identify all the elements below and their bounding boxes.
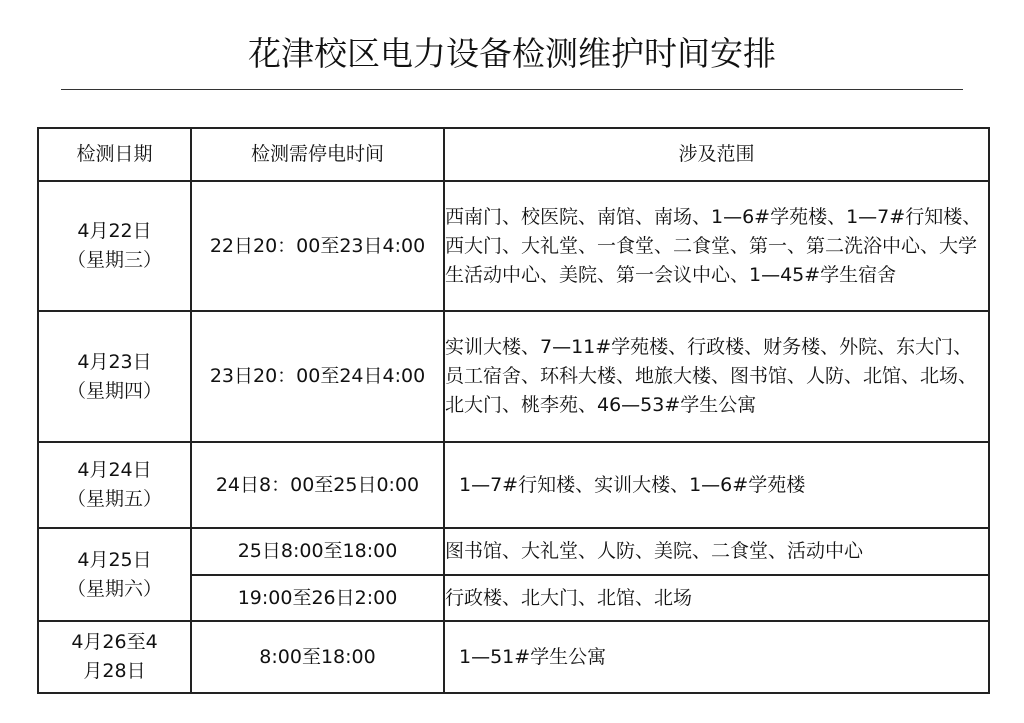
date-text: 4月24日 xyxy=(39,456,190,485)
outage-time-cell: 24日8：00至25日0:00 xyxy=(191,442,444,528)
scope-cell: 行政楼、北大门、北馆、北场 xyxy=(444,575,989,621)
table-header-row: 检测日期 检测需停电时间 涉及范围 xyxy=(38,128,989,181)
date-cell: 4月22日 （星期三） xyxy=(38,181,191,311)
date-text: 4月23日 xyxy=(39,348,190,377)
table-row: 4月22日 （星期三） 22日20：00至23日4:00 西南门、校医院、南馆、… xyxy=(38,181,989,311)
scope-cell: 西南门、校医院、南馆、南场、1—6#学苑楼、1—7#行知楼、西大门、大礼堂、一食… xyxy=(444,181,989,311)
weekday-text: （星期三） xyxy=(39,246,190,275)
scope-cell: 1—7#行知楼、实训大楼、1—6#学苑楼 xyxy=(444,442,989,528)
page-title: 花津校区电力设备检测维护时间安排 xyxy=(0,30,1024,78)
weekday-text: （星期四） xyxy=(39,377,190,406)
scope-cell: 1—51#学生公寓 xyxy=(444,621,989,693)
table-row: 4月23日 （星期四） 23日20：00至24日4:00 实训大楼、7—11#学… xyxy=(38,311,989,442)
date-text: 4月25日 xyxy=(39,546,190,575)
date-cell: 4月24日 （星期五） xyxy=(38,442,191,528)
date-text-continued: 月28日 xyxy=(39,657,190,686)
date-cell: 4月26至4 月28日 xyxy=(38,621,191,693)
table-row: 4月26至4 月28日 8:00至18:00 1—51#学生公寓 xyxy=(38,621,989,693)
table-row: 4月25日 （星期六） 25日8:00至18:00 图书馆、大礼堂、人防、美院、… xyxy=(38,528,989,575)
outage-time-cell: 22日20：00至23日4:00 xyxy=(191,181,444,311)
date-cell: 4月25日 （星期六） xyxy=(38,528,191,621)
scope-cell: 图书馆、大礼堂、人防、美院、二食堂、活动中心 xyxy=(444,528,989,575)
outage-time-cell: 25日8:00至18:00 xyxy=(191,528,444,575)
weekday-text: （星期五） xyxy=(39,485,190,514)
header-date: 检测日期 xyxy=(38,128,191,181)
outage-time-cell: 19:00至26日2:00 xyxy=(191,575,444,621)
date-text: 4月22日 xyxy=(39,217,190,246)
scope-cell: 实训大楼、7—11#学苑楼、行政楼、财务楼、外院、东大门、员工宿舍、环科大楼、地… xyxy=(444,311,989,442)
header-outage-time: 检测需停电时间 xyxy=(191,128,444,181)
weekday-text: （星期六） xyxy=(39,575,190,604)
outage-time-cell: 8:00至18:00 xyxy=(191,621,444,693)
title-divider xyxy=(61,89,963,90)
header-scope: 涉及范围 xyxy=(444,128,989,181)
outage-time-cell: 23日20：00至24日4:00 xyxy=(191,311,444,442)
date-text: 4月26至4 xyxy=(39,628,190,657)
table-row: 4月24日 （星期五） 24日8：00至25日0:00 1—7#行知楼、实训大楼… xyxy=(38,442,989,528)
maintenance-schedule-table: 检测日期 检测需停电时间 涉及范围 4月22日 （星期三） 22日20：00至2… xyxy=(37,127,990,694)
date-cell: 4月23日 （星期四） xyxy=(38,311,191,442)
